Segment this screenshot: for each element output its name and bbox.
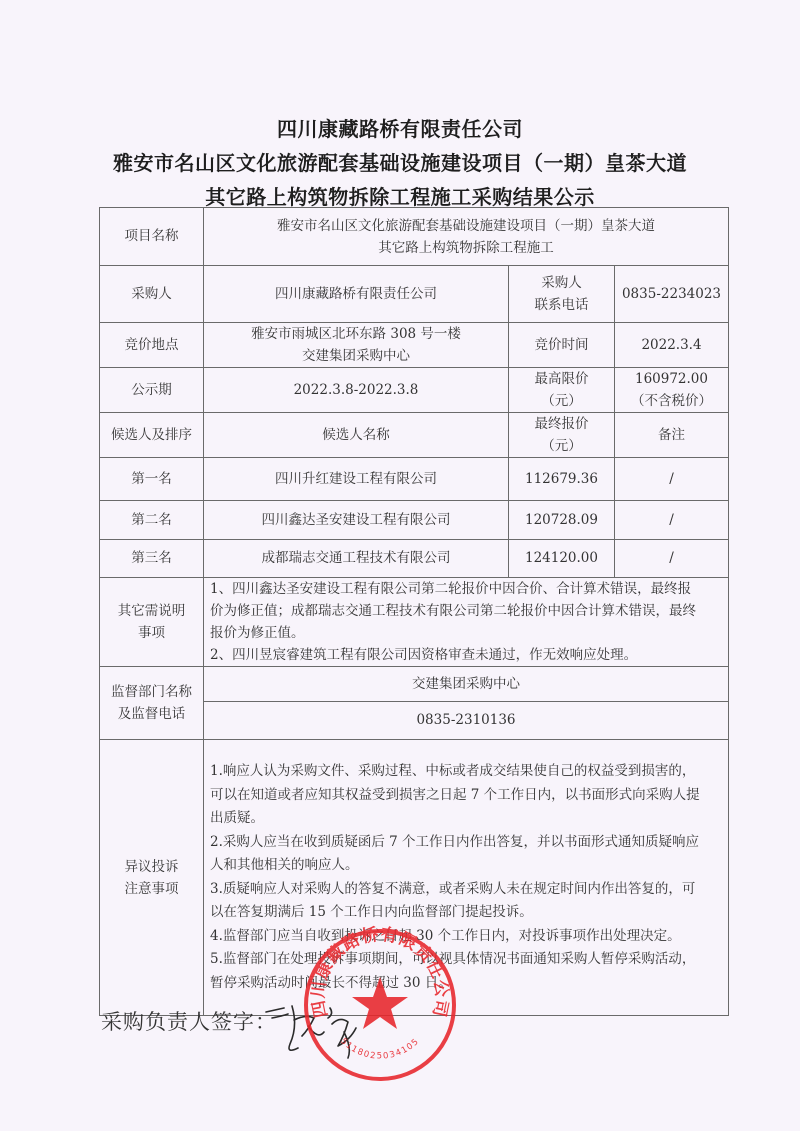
row-project-name: 项目名称 雅安市名山区文化旅游配套基础设施建设项目（一期）皇茶大道 其它路上构筑… — [100, 208, 729, 266]
candidate-price: 120728.09 — [509, 501, 615, 540]
objection-label: 异议投诉 注意事项 — [100, 740, 204, 1016]
supervision-phone: 0835-2310136 — [204, 702, 729, 740]
purchaser-phone-label: 采购人 联系电话 — [509, 266, 615, 323]
project-name-value: 雅安市名山区文化旅游配套基础设施建设项目（一期）皇茶大道 其它路上构筑物拆除工程… — [204, 208, 729, 266]
company-title: 四川康藏路桥有限责任公司 — [0, 112, 800, 146]
table-row: 第二名 四川鑫达圣安建设工程有限公司 120728.09 / — [100, 501, 729, 540]
project-name-label: 项目名称 — [100, 208, 204, 266]
candidate-price: 124120.00 — [509, 540, 615, 578]
purchaser-label: 采购人 — [100, 266, 204, 323]
row-candidates-header: 候选人及排序 候选人名称 最终报价 （元） 备注 — [100, 413, 729, 458]
other-notes-content: 1、四川鑫达圣安建设工程有限公司第二轮报价中因合价、合计算术错误，最终报 价为修… — [204, 578, 729, 667]
bid-time-value: 2022.3.4 — [615, 323, 729, 368]
candidate-price: 112679.36 — [509, 458, 615, 501]
project-title: 雅安市名山区文化旅游配套基础设施建设项目（一期）皇茶大道 — [0, 146, 800, 180]
row-purchaser: 采购人 四川康藏路桥有限责任公司 采购人 联系电话 0835-2234023 — [100, 266, 729, 323]
bid-location-label: 竞价地点 — [100, 323, 204, 368]
supervision-label: 监督部门名称 及监督电话 — [100, 667, 204, 740]
publicity-value: 2022.3.8-2022.3.8 — [204, 368, 509, 413]
row-publicity: 公示期 2022.3.8-2022.3.8 最高限价 （元） 160972.00… — [100, 368, 729, 413]
rank-header: 候选人及排序 — [100, 413, 204, 458]
supervision-department: 交建集团采购中心 — [204, 667, 729, 702]
objection-content: 1.响应人认为采购文件、采购过程、中标或者成交结果使自己的权益受到损害的， 可以… — [204, 740, 729, 1016]
candidate-name: 四川升红建设工程有限公司 — [204, 458, 509, 501]
max-price-label: 最高限价 （元） — [509, 368, 615, 413]
purchaser-value: 四川康藏路桥有限责任公司 — [204, 266, 509, 323]
bid-time-label: 竞价时间 — [509, 323, 615, 368]
candidate-remark: / — [615, 501, 729, 540]
table-row: 第三名 成都瑞志交通工程技术有限公司 124120.00 / — [100, 540, 729, 578]
star-icon — [352, 977, 408, 1029]
procurement-result-table: 项目名称 雅安市名山区文化旅游配套基础设施建设项目（一期）皇茶大道 其它路上构筑… — [99, 207, 729, 1016]
candidate-name: 四川鑫达圣安建设工程有限公司 — [204, 501, 509, 540]
signature-label: 采购负责人签字： — [101, 1006, 277, 1036]
bid-location-value: 雅安市雨城区北环东路 308 号一楼 交建集团采购中心 — [204, 323, 509, 368]
table-row: 第一名 四川升红建设工程有限公司 112679.36 / — [100, 458, 729, 501]
svg-text:5118025034105: 5118025034105 — [338, 1036, 421, 1061]
document-title: 四川康藏路桥有限责任公司 雅安市名山区文化旅游配套基础设施建设项目（一期）皇茶大… — [0, 112, 800, 214]
other-notes-label: 其它需说明 事项 — [100, 578, 204, 667]
purchaser-phone: 0835-2234023 — [615, 266, 729, 323]
company-seal-icon: 四川康藏路桥有限责任公司 5118025034105 — [300, 925, 460, 1085]
final-price-header: 最终报价 （元） — [509, 413, 615, 458]
row-supervision-department: 监督部门名称 及监督电话 交建集团采购中心 — [100, 667, 729, 702]
candidate-name: 成都瑞志交通工程技术有限公司 — [204, 540, 509, 578]
candidate-rank: 第一名 — [100, 458, 204, 501]
row-other-notes: 其它需说明 事项 1、四川鑫达圣安建设工程有限公司第二轮报价中因合价、合计算术错… — [100, 578, 729, 667]
row-bid-location: 竞价地点 雅安市雨城区北环东路 308 号一楼 交建集团采购中心 竞价时间 20… — [100, 323, 729, 368]
candidate-remark: / — [615, 540, 729, 578]
candidate-name-header: 候选人名称 — [204, 413, 509, 458]
remark-header: 备注 — [615, 413, 729, 458]
candidate-rank: 第二名 — [100, 501, 204, 540]
publicity-label: 公示期 — [100, 368, 204, 413]
candidate-rank: 第三名 — [100, 540, 204, 578]
max-price-value: 160972.00 （不含税价） — [615, 368, 729, 413]
candidate-remark: / — [615, 458, 729, 501]
